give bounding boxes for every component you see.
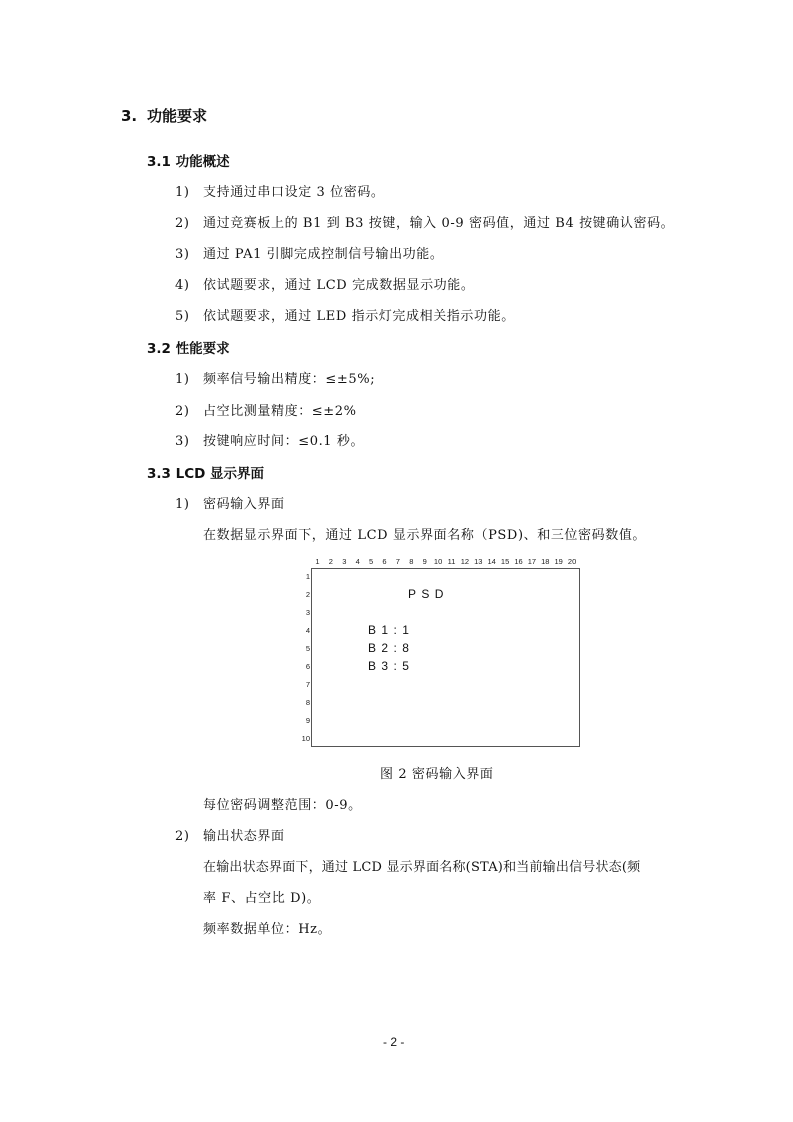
column-label: 3 — [338, 557, 351, 566]
list-item-number: 1) — [175, 372, 203, 387]
figure-caption: 图 2 密码输入界面 — [380, 763, 494, 782]
paragraph: 率 F、占空比 D)。 — [203, 887, 320, 906]
list-item: 3)通过 PA1 引脚完成控制信号输出功能。 — [175, 243, 443, 262]
column-label: 14 — [485, 557, 498, 566]
column-label: 10 — [432, 557, 445, 566]
paragraph: 在数据显示界面下，通过 LCD 显示界面名称（PSD)、和三位密码数值。 — [203, 524, 646, 543]
page-number: - 2 - — [383, 1035, 404, 1049]
list-item: 5)依试题要求，通过 LED 指示灯完成相关指示功能。 — [175, 305, 515, 324]
lcd-line-b2: B2:8 — [368, 641, 414, 655]
list-item: 1)支持通过串口设定 3 位密码。 — [175, 181, 385, 200]
list-item-number: 5) — [175, 309, 203, 324]
list-item: 4)依试题要求，通过 LCD 完成数据显示功能。 — [175, 274, 474, 293]
column-label: 15 — [499, 557, 512, 566]
list-item-text: 依试题要求，通过 LED 指示灯完成相关指示功能。 — [203, 309, 515, 324]
column-label: 8 — [405, 557, 418, 566]
subsection-heading-3-3: 3.3 LCD 显示界面 — [147, 462, 264, 482]
list-item-text: 支持通过串口设定 3 位密码。 — [203, 185, 385, 200]
list-item-number: 3) — [175, 434, 203, 449]
column-label: 16 — [512, 557, 525, 566]
list-item: 1)频率信号输出精度：≤±5%; — [175, 368, 375, 387]
list-item-number: 1) — [175, 185, 203, 200]
row-label: 8 — [296, 698, 310, 707]
subsection-heading-3-2: 3.2 性能要求 — [147, 337, 230, 357]
row-label: 10 — [296, 734, 310, 743]
list-item-number: 2) — [175, 216, 203, 231]
list-item: 3)按键响应时间：≤0.1 秒。 — [175, 430, 364, 449]
column-label: 12 — [458, 557, 471, 566]
row-label: 1 — [296, 572, 310, 581]
list-item-title: 输出状态界面 — [203, 829, 285, 844]
section-heading: 3.功能要求 — [121, 105, 207, 126]
list-item-number: 3) — [175, 247, 203, 262]
list-item-text: 按键响应时间：≤0.1 秒。 — [203, 434, 364, 449]
paragraph: 在输出状态界面下，通过 LCD 显示界面名称(STA)和当前输出信号状态(频 — [203, 856, 640, 875]
row-label: 2 — [296, 590, 310, 599]
section-number: 3. — [121, 107, 147, 125]
column-label: 5 — [365, 557, 378, 566]
column-label: 4 — [351, 557, 364, 566]
list-item-number: 4) — [175, 278, 203, 293]
column-label: 20 — [566, 557, 579, 566]
row-label: 6 — [296, 662, 310, 671]
list-item-text: 依试题要求，通过 LCD 完成数据显示功能。 — [203, 278, 474, 293]
paragraph: 每位密码调整范围：0-9。 — [203, 794, 362, 813]
row-label: 7 — [296, 680, 310, 689]
row-label: 3 — [296, 608, 310, 617]
list-item: 2)通过竞赛板上的 B1 到 B3 按键，输入 0-9 密码值，通过 B4 按键… — [175, 212, 674, 231]
column-label: 11 — [445, 557, 458, 566]
list-item-text: 占空比测量精度：≤±2% — [203, 404, 357, 419]
list-item: 2)占空比测量精度：≤±2% — [175, 400, 357, 419]
list-item-text: 通过 PA1 引脚完成控制信号输出功能。 — [203, 247, 443, 262]
column-label: 9 — [418, 557, 431, 566]
lcd-line-title: PSD — [408, 587, 449, 601]
subsection-heading-3-1: 3.1 功能概述 — [147, 150, 230, 170]
paragraph: 频率数据单位：Hz。 — [203, 918, 331, 937]
list-item-number: 2) — [175, 829, 203, 844]
column-label: 13 — [472, 557, 485, 566]
row-label: 9 — [296, 716, 310, 725]
list-item: 1)密码输入界面 — [175, 493, 285, 512]
list-item-text: 通过竞赛板上的 B1 到 B3 按键，输入 0-9 密码值，通过 B4 按键确认… — [203, 216, 674, 231]
lcd-line-b1: B1:1 — [368, 623, 414, 637]
column-label: 2 — [324, 557, 337, 566]
column-label: 7 — [391, 557, 404, 566]
column-label: 6 — [378, 557, 391, 566]
list-item-text: 频率信号输出精度：≤±5%; — [203, 372, 375, 387]
column-label: 18 — [539, 557, 552, 566]
column-label: 19 — [552, 557, 565, 566]
column-label: 1 — [311, 557, 324, 566]
list-item-number: 1) — [175, 497, 203, 512]
section-title: 功能要求 — [147, 107, 207, 125]
row-label: 4 — [296, 626, 310, 635]
lcd-line-b3: B3:5 — [368, 659, 414, 673]
list-item-number: 2) — [175, 404, 203, 419]
list-item-title: 密码输入界面 — [203, 497, 285, 512]
row-label: 5 — [296, 644, 310, 653]
list-item: 2)输出状态界面 — [175, 825, 285, 844]
column-label: 17 — [525, 557, 538, 566]
